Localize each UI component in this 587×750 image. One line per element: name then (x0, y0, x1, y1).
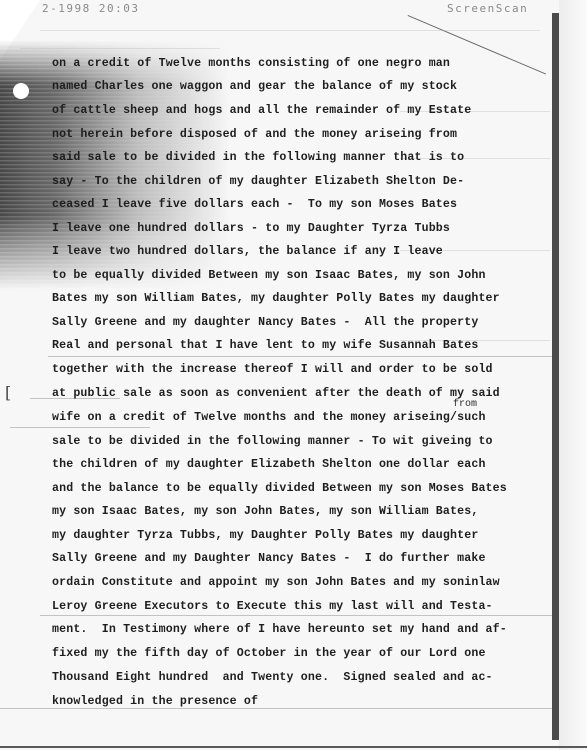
fax-date-time: 2-1998 20:03 (42, 2, 139, 15)
ghost-line (20, 48, 220, 49)
scanned-document-page: 2-1998 20:03 ScreenScan [ on a credit of… (0, 0, 587, 750)
text-line: knowledged in the presence of (52, 695, 258, 708)
text-line: Sally Greene and my Daughter Nancy Bates… (52, 552, 486, 565)
text-line: at public sale as soon as convenient aft… (52, 387, 500, 400)
text-line: say - To the children of my daughter Eli… (52, 175, 464, 188)
text-line: together with the increase thereof I wil… (52, 363, 493, 376)
text-line: ordain Constitute and appoint my son Joh… (52, 576, 500, 589)
text-line: fixed my the fifth day of October in the… (52, 647, 486, 660)
right-margin (559, 0, 587, 750)
scan-rule (48, 356, 552, 357)
text-line: on a credit of Twelve months consisting … (52, 57, 450, 70)
text-line: the children of my daughter Elizabeth Sh… (52, 458, 486, 471)
text-line: ceased I leave five dollars each - To my… (52, 198, 457, 211)
text-line: of cattle sheep and hogs and all the rem… (52, 104, 471, 117)
text-line: not herein before disposed of and the mo… (52, 128, 457, 141)
text-line: Leroy Greene Executors to Execute this m… (52, 600, 493, 613)
fax-app-name: ScreenScan (447, 2, 528, 15)
ghost-line (40, 30, 540, 31)
page-bottom-edge (0, 746, 587, 748)
fax-header: 2-1998 20:03 ScreenScan (0, 2, 587, 16)
scan-rule (40, 615, 552, 616)
text-line: said sale to be divided in the following… (52, 151, 464, 164)
margin-bracket-mark: [ (5, 383, 11, 402)
text-line: Real and personal that I have lent to my… (52, 339, 478, 352)
hole-punch (13, 83, 29, 99)
text-line: ment. In Testimony where of I have hereu… (52, 623, 507, 636)
text-line: and the balance to be equally divided Be… (52, 482, 507, 495)
text-line: I leave one hundred dollars - to my Daug… (52, 222, 450, 235)
scan-rule (10, 427, 150, 428)
scan-rule (0, 708, 552, 709)
text-line: to be equally divided Between my son Isa… (52, 269, 486, 282)
binding-bar (552, 13, 559, 740)
text-line: named Charles one waggon and gear the ba… (52, 80, 457, 93)
text-line: Sally Greene and my daughter Nancy Bates… (52, 316, 478, 329)
text-line: my daughter Tyrza Tubbs, my Daughter Pol… (52, 529, 478, 542)
text-line: sale to be divided in the following mann… (52, 435, 493, 448)
text-line: Bates my son William Bates, my daughter … (52, 292, 500, 305)
text-line: Thousand Eight hundred and Twenty one. S… (52, 671, 493, 684)
text-line: my son Isaac Bates, my son John Bates, m… (52, 505, 478, 518)
interlinear-insert: from (453, 399, 477, 410)
text-line: wife on a credit of Twelve months and th… (52, 411, 486, 424)
text-line: I leave two hundred dollars, the balance… (52, 245, 443, 258)
